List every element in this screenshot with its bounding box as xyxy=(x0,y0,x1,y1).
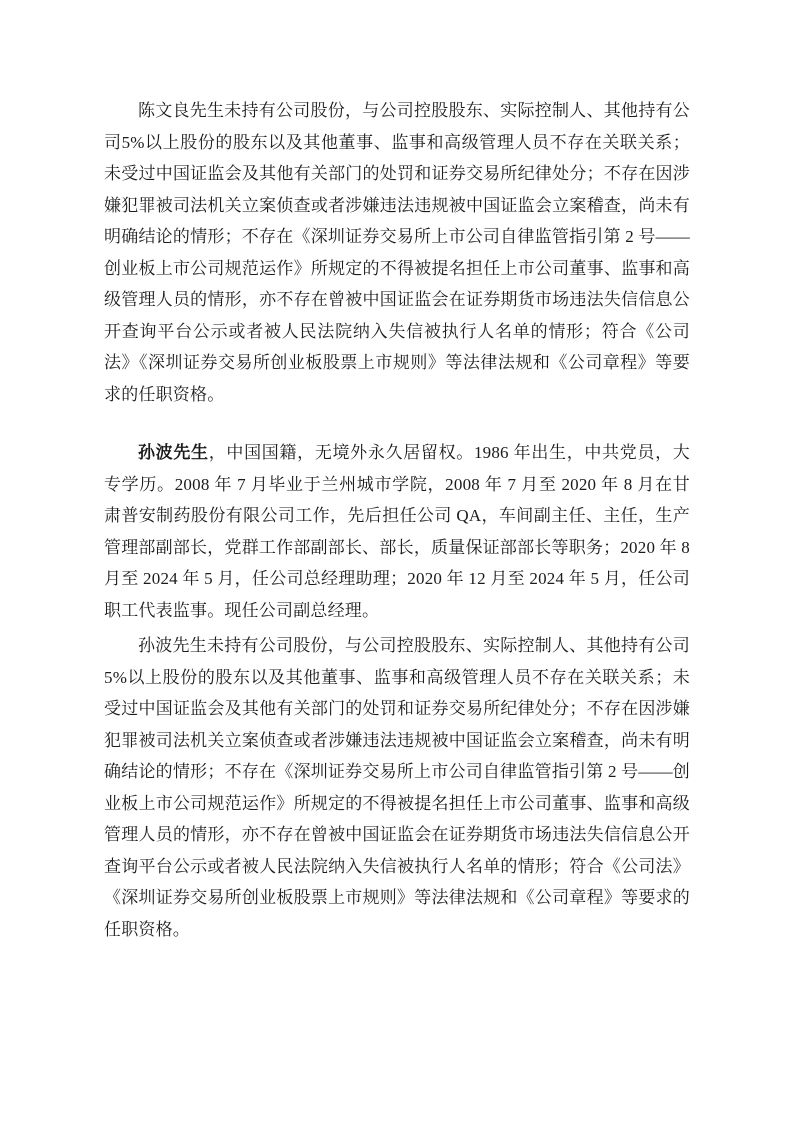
paragraph-sun-bo-qualification: 孙波先生未持有公司股份，与公司控股股东、实际控制人、其他持有公司 5%以上股份的… xyxy=(104,630,690,945)
paragraph-chen-wenliang-qualification: 陈文良先生未持有公司股份，与公司控股股东、实际控制人、其他持有公司5%以上股份的… xyxy=(104,95,690,410)
paragraph-sun-bo-biography: 孙波先生，中国国籍，无境外永久居留权。1986 年出生，中共党员，大专学历。20… xyxy=(104,437,690,626)
sun-bo-biography-text: ，中国国籍，无境外永久居留权。1986 年出生，中共党员，大专学历。2008 年… xyxy=(104,443,690,620)
sun-bo-name-bold: 孙波先生 xyxy=(138,443,209,462)
document-body: 陈文良先生未持有公司股份，与公司控股股东、实际控制人、其他持有公司5%以上股份的… xyxy=(0,0,794,945)
document-page: 陈文良先生未持有公司股份，与公司控股股东、实际控制人、其他持有公司5%以上股份的… xyxy=(0,0,794,1122)
